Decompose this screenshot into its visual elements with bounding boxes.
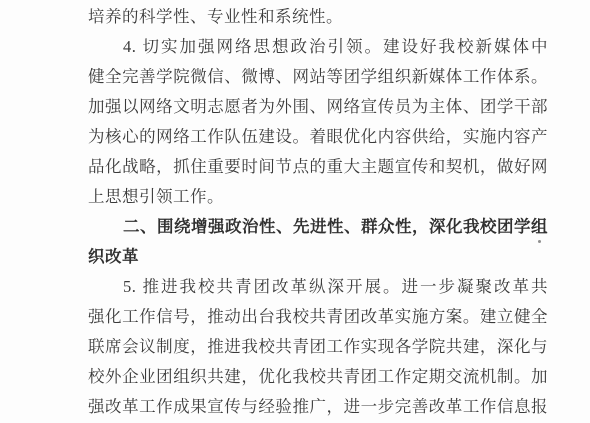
text-line: 校外企业团组织共建，优化我校共青团工作定期交流机制。加 xyxy=(88,362,548,392)
text-line: 加强以网络文明志愿者为外围、网络宣传员为主体、团学干部 xyxy=(88,92,548,122)
text-line: 上思想引领工作。 xyxy=(88,182,548,212)
text-line: 为核心的网络工作队伍建设。着眼优化内容供给，实施内容产 xyxy=(88,122,548,152)
text-line: 4. 切实加强网络思想政治引领。建设好我校新媒体中心， xyxy=(88,32,548,62)
document-page: 培养的科学性、专业性和系统性。 4. 切实加强网络思想政治引领。建设好我校新媒体… xyxy=(0,0,590,423)
text-line: 强化工作信号，推动出台我校共青团改革实施方案。建立健全 xyxy=(88,302,548,332)
section-heading-line: 织改革 xyxy=(88,242,548,272)
section-heading-line: 二、围绕增强政治性、先进性、群众性，深化我校团学组 xyxy=(88,212,548,242)
text-line: 健全完善学院微信、微博、网站等团学组织新媒体工作体系。 xyxy=(88,62,548,92)
text-line: 品化战略，抓住重要时间节点的重大主题宣传和契机，做好网 xyxy=(88,152,548,182)
scan-speck-artifact xyxy=(538,240,541,243)
text-line: 培养的科学性、专业性和系统性。 xyxy=(88,2,548,32)
text-line: 联席会议制度，推进我校共青团工作实现各学院共建，深化与 xyxy=(88,332,548,362)
text-line: 5. 推进我校共青团改革纵深开展。进一步凝聚改革共识， xyxy=(88,272,548,302)
text-line: 强改革工作成果宣传与经验推广，进一步完善改革工作信息报 xyxy=(88,392,548,422)
document-text-block: 培养的科学性、专业性和系统性。 4. 切实加强网络思想政治引领。建设好我校新媒体… xyxy=(88,2,548,422)
